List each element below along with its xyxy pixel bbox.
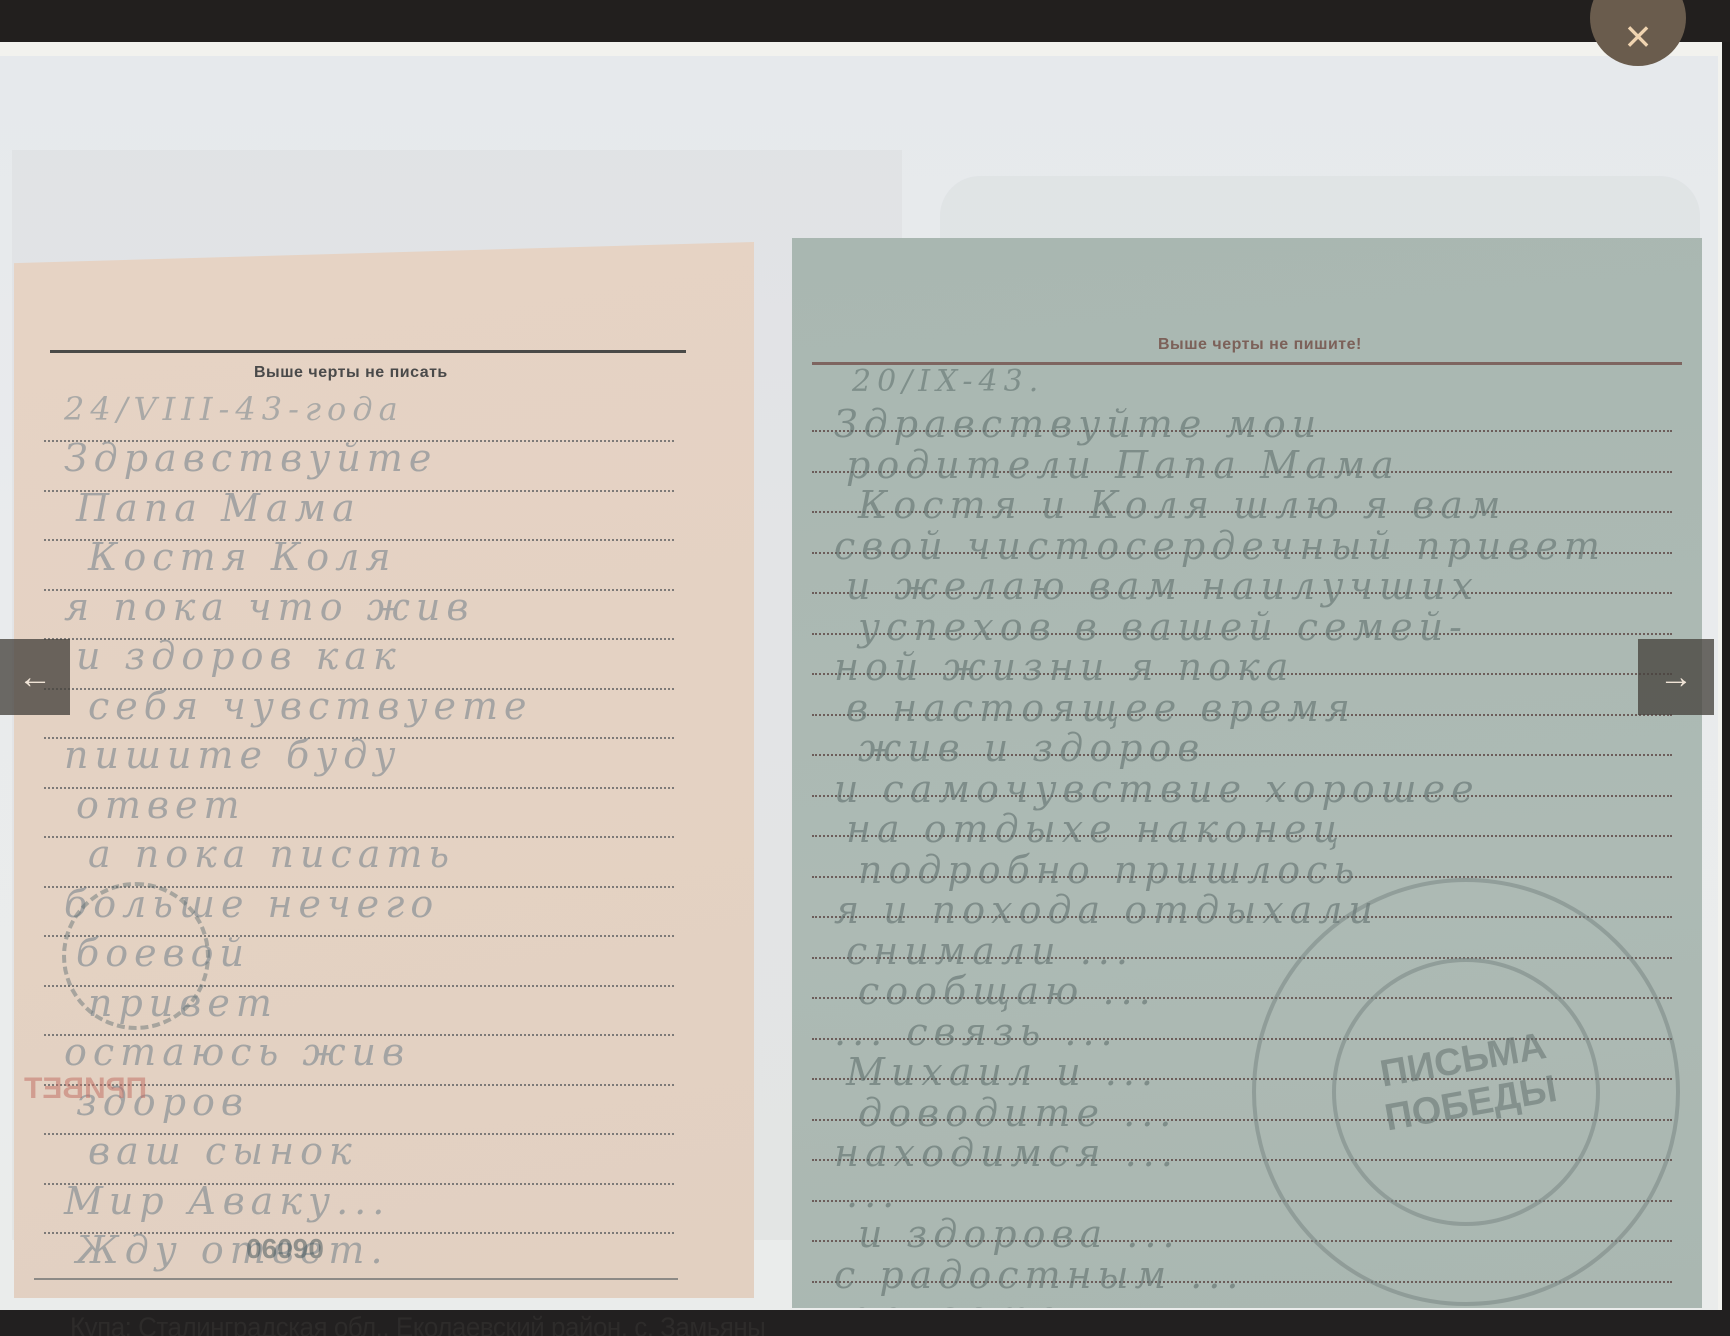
stamp-number: 06090 [246, 1232, 324, 1264]
handwritten-line: свой чистосердечный привет [834, 524, 1606, 568]
handwritten-line: остаюсь жив [64, 1030, 410, 1074]
arrow-left-icon: ← [18, 658, 52, 697]
close-button[interactable]: × [1590, 0, 1686, 66]
handwritten-date: 24/VIII-43-года [64, 390, 404, 428]
handwritten-line: Михаил и ... [846, 1050, 1159, 1094]
letter-sheet-right: Выше черты не пишите! 20/IX-43. Здравств… [792, 238, 1702, 1308]
handwritten-line: с радостным ... [834, 1253, 1244, 1297]
handwritten-line: Здравствуйте мои [834, 402, 1322, 446]
handwritten-line: ной жизни я пока [834, 645, 1294, 689]
handwritten-line: Костя Коля [88, 535, 396, 579]
handwritten-line: жив и здоров [858, 726, 1205, 770]
handwritten-line: я пока что жив [64, 585, 474, 629]
bottom-rule [34, 1278, 678, 1280]
handwritten-line: родители Папа Мама [846, 443, 1400, 487]
handwritten-line: пишите буду [64, 733, 401, 777]
image-caption: Купа: Сталинградская обл., Еколаевский р… [70, 1311, 765, 1336]
handwritten-line: Папа Мама [76, 486, 361, 530]
image-viewer: Выше черты не писать 24/VIII-43-года Здр… [0, 42, 1722, 1310]
close-icon: × [1590, 0, 1686, 66]
handwritten-line: сообщаю ... [858, 969, 1157, 1013]
handwritten-line: в настоящее время [846, 686, 1356, 730]
postmark-stamp [62, 882, 210, 1030]
header-label: Выше черты не пишите! [1158, 336, 1362, 354]
handwritten-line: а пока писать [88, 832, 455, 876]
handwritten-line: ... [846, 1172, 900, 1216]
red-stamp: ПРИВЕТ [24, 1072, 147, 1106]
handwritten-line: находимся ... [834, 1131, 1179, 1175]
next-image-button[interactable]: → [1638, 639, 1714, 715]
handwritten-line: на отдыхе наконец [846, 807, 1345, 851]
handwritten-date: 20/IX-43. [852, 364, 1044, 399]
handwritten-line: Жду ответ. [76, 1228, 389, 1272]
viewer-top-bar [0, 0, 1730, 42]
handwritten-line: и здорова ... [858, 1212, 1181, 1256]
handwritten-line: снимали ... [846, 929, 1134, 973]
handwritten-line: и желаю вам наилучших [846, 564, 1479, 608]
header-rule [50, 350, 686, 353]
handwritten-line: и здоров как [76, 634, 402, 678]
handwritten-line: Мир Аваку... [64, 1179, 390, 1223]
handwritten-line: ответ [76, 783, 246, 827]
handwritten-line: ваш сынок [88, 1129, 358, 1173]
handwritten-line: подробно пришлось [858, 848, 1360, 892]
header-label: Выше черты не писать [254, 364, 448, 382]
handwritten-line: приветом ... [846, 1293, 1175, 1308]
arrow-right-icon: → [1659, 658, 1693, 697]
handwritten-line: Костя и Коля шлю я вам [858, 483, 1506, 527]
handwritten-line: ... связь ... [834, 1010, 1119, 1054]
handwritten-line: себя чувствуете [88, 684, 533, 728]
handwritten-line: и самочувствие хорошее [834, 767, 1480, 811]
handwritten-line: успехов в вашей семей- [858, 605, 1468, 649]
handwritten-line: доводите ... [858, 1091, 1177, 1135]
handwritten-line: я и похода отдыхали [834, 888, 1379, 932]
handwritten-line: Здравствуйте [64, 436, 437, 480]
letter-sheet-left: Выше черты не писать 24/VIII-43-года Здр… [14, 242, 754, 1298]
previous-image-button[interactable]: ← [0, 639, 70, 715]
scanned-image: Выше черты не писать 24/VIII-43-года Здр… [0, 56, 1718, 1310]
viewer-edge [1722, 42, 1730, 1310]
